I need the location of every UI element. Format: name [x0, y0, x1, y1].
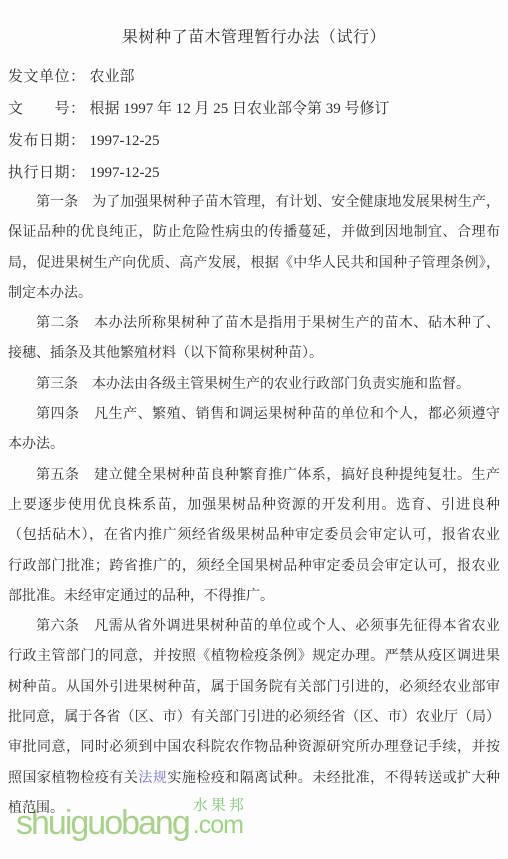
text-line: 植范围。 — [8, 794, 500, 824]
link-line-post-text: 实施检疫和隔离试种。未经批准，不得转送或扩大种 — [167, 771, 500, 786]
text-line: 部批准。未经审定通过的品种，不得推广。 — [8, 582, 500, 612]
meta-value-issuer: 农业部 — [86, 69, 135, 85]
text-line: 行政主管部门的同意，并按照《植物检疫条例》规定办理。严禁从疫区调进果 — [8, 642, 500, 672]
text-line: 第一条 为了加强果树种子苗木管理，有计划、安全健康地发展果树生产， — [8, 188, 500, 218]
meta-row-publish-date: 发布日期：1997-12-25 — [8, 125, 500, 157]
meta-value-effective-date: 1997-12-25 — [86, 165, 160, 181]
page-title: 果树种了苗木管理暂行办法（试行） — [8, 27, 500, 48]
meta-row-doc-number: 文 号：根据 1997 年 12 月 25 日农业部令第 39 号修订 — [8, 93, 500, 125]
article-4: 第四条 凡生产、繁殖、销售和调运果树种苗的单位和个人，都必须遵守 本办法。 — [8, 400, 500, 461]
text-line: 制定本办法。 — [8, 279, 500, 309]
article-5: 第五条 建立健全果树种苗良种繁育推广体系，搞好良种提纯复壮。生产 上要逐步使用优… — [8, 461, 500, 612]
text-line: 第五条 建立健全果树种苗良种繁育推广体系，搞好良种提纯复壮。生产 — [8, 461, 500, 491]
meta-label-effective-date: 执行日期： — [8, 165, 86, 181]
text-line: 接穗、插条及其他繁殖材料（以下简称果树种苗）。 — [8, 339, 500, 369]
text-line: 行政部门批准；跨省推广的，须经全国果树品种审定委员会审定认可，报农业 — [8, 552, 500, 582]
text-line: 第三条 本办法由各级主管果树生产的农业行政部门负责实施和监督。 — [8, 370, 500, 400]
document-body: 第一条 为了加强果树种子苗木管理，有计划、安全健康地发展果树生产， 保证品种的优… — [8, 188, 500, 824]
link-line-pre-text: 照国家植物检疫有关 — [8, 771, 138, 786]
meta-label-issuer: 发文单位： — [8, 69, 86, 85]
meta-label-doc-number: 文 号： — [8, 101, 86, 117]
text-line: 保证品种的优良纯正，防止危险性病虫的传播蔓延，并做到因地制宜、合理布 — [8, 218, 500, 248]
text-line: 上要逐步使用优良株系苗，加强果树品种资源的开发利用。选育、引进良种 — [8, 491, 500, 521]
article-1: 第一条 为了加强果树种子苗木管理，有计划、安全健康地发展果树生产， 保证品种的优… — [8, 188, 500, 309]
fagui-link[interactable]: 法规 — [138, 771, 167, 786]
text-line: 第二条 本办法所称果树种了苗木是指用于果树生产的苗木、砧木种了、 — [8, 309, 500, 339]
meta-row-issuer: 发文单位：农业部 — [8, 61, 500, 93]
text-line: 审批同意，同时必须到中国农科院农作物品种资源研究所办理登记手续，并按 — [8, 733, 500, 763]
text-line: 本办法。 — [8, 430, 500, 460]
meta-value-doc-number: 根据 1997 年 12 月 25 日农业部令第 39 号修订 — [86, 101, 390, 117]
meta-value-publish-date: 1997-12-25 — [86, 133, 160, 149]
text-line: 第六条 凡需从省外调进果树种苗的单位或个人、必须事先征得本省农业 — [8, 612, 500, 642]
meta-label-publish-date: 发布日期： — [8, 133, 86, 149]
text-line: （包括砧木），在省内推广须经省级果树品种审定委员会审定认可，报省农业 — [8, 521, 500, 551]
document-page: shuiguobang 水果邦 .com 果树种了苗木管理暂行办法（试行） 发文… — [0, 0, 508, 859]
text-line-with-link: 照国家植物检疫有关法规实施检疫和隔离试种。未经批准，不得转送或扩大种 — [8, 764, 500, 794]
article-2: 第二条 本办法所称果树种了苗木是指用于果树生产的苗木、砧木种了、 接穗、插条及其… — [8, 309, 500, 370]
meta-block: 发文单位：农业部 文 号：根据 1997 年 12 月 25 日农业部令第 39… — [8, 61, 500, 189]
article-6: 第六条 凡需从省外调进果树种苗的单位或个人、必须事先征得本省农业 行政主管部门的… — [8, 612, 500, 824]
document-content: 果树种了苗木管理暂行办法（试行） 发文单位：农业部 文 号：根据 1997 年 … — [0, 0, 508, 824]
article-3: 第三条 本办法由各级主管果树生产的农业行政部门负责实施和监督。 — [8, 370, 500, 400]
text-line: 局，促进果树生产向优质、高产发展，根据《中华人民共和国种子管理条例》， — [8, 249, 500, 279]
meta-row-effective-date: 执行日期：1997-12-25 — [8, 157, 500, 189]
text-line: 树种苗。从国外引进果树种苗，属于国务院有关部门引进的，必须经农业部审 — [8, 673, 500, 703]
text-line: 第四条 凡生产、繁殖、销售和调运果树种苗的单位和个人，都必须遵守 — [8, 400, 500, 430]
text-line: 批同意，属于各省（区、市）有关部门引进的必须经省（区、市）农业厅（局） — [8, 703, 500, 733]
